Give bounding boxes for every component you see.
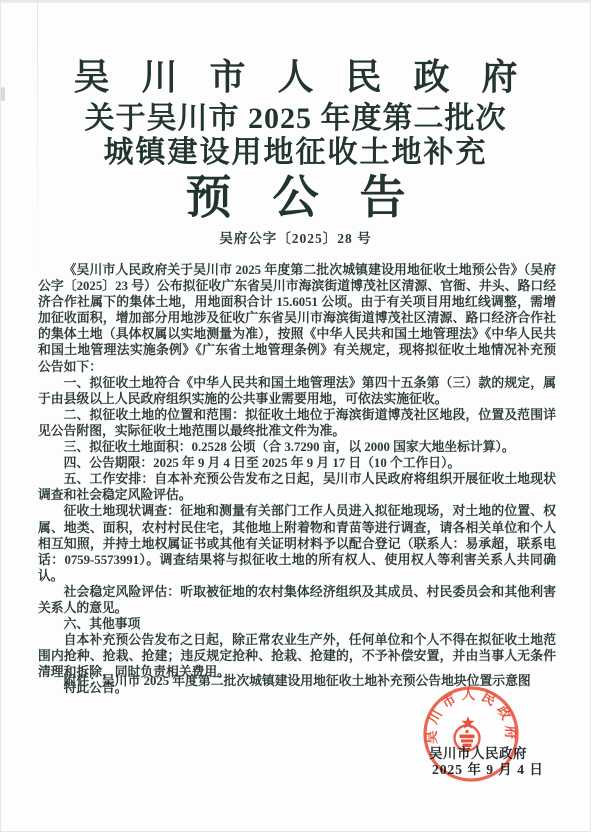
notice-type-title: 预公告 [1, 161, 590, 227]
national-emblem-icon [455, 726, 480, 751]
scan-edge-top [1, 1, 590, 3]
document-number: 吴府公字〔2025〕28 号 [1, 227, 590, 247]
paragraph: 六、其他事项 [38, 616, 556, 632]
paragraph: 《吴川市人民政府关于吴川市 2025 年度第二批次城镇建设用地征收土地预公告》（… [38, 262, 556, 375]
paragraph: 二、拟征收土地的位置和范围：拟征收土地位于海滨街道博茂社区地段，位置及范围详见公… [38, 407, 556, 439]
paragraph: 五、工作安排：自本补充预公告发布之日起，吴川市人民政府将组织开展征收土地现状调查… [38, 471, 556, 503]
paragraph: 四、公告期限：2025 年 9 月 4 日至 2025 年 9 月 17 日（1… [38, 455, 556, 471]
paragraph: 一、拟征收土地符合《中华人民共和国土地管理法》第四十五条第（三）款的规定，属于由… [38, 375, 556, 407]
official-seal-stamp: 吴川市人民政府 [409, 681, 539, 801]
paragraph: 社会稳定风险评估：听取被征地的农村集体经济组织及其成员、村民委员会和其他利害关系… [38, 584, 556, 616]
paragraph: 征收土地现状调查：征地和测量有关部门工作人员进入拟征地现场，对土地的位置、权属、… [38, 503, 556, 583]
body-paragraphs: 《吴川市人民政府关于吴川市 2025 年度第二批次城镇建设用地征收土地预公告》（… [38, 262, 556, 697]
announcement-page: 吴川市人民政府 关于吴川市 2025 年度第二批次 城镇建设用地征收土地补充 预… [0, 0, 591, 832]
paragraph: 三、拟征收土地面积：0.2528 公顷（合 3.7290 亩，以 2000 国家… [38, 439, 556, 455]
